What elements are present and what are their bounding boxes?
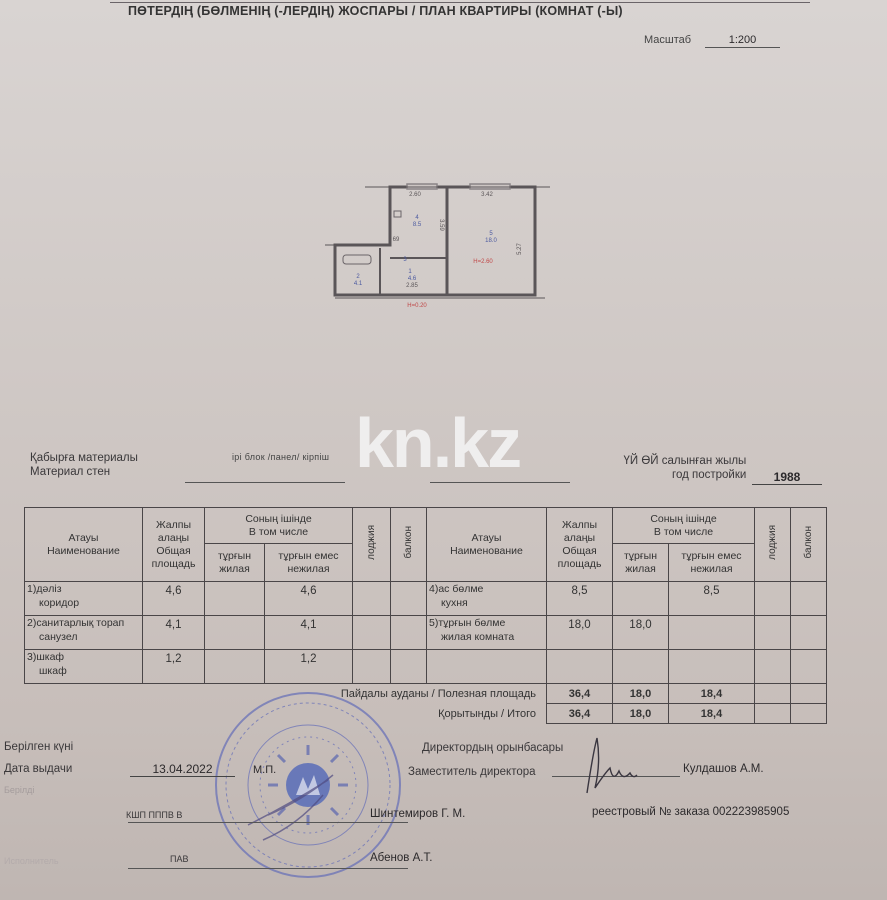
- area-living-cell: [205, 616, 265, 650]
- loggia-cell: [353, 650, 391, 684]
- grand-balcony: [791, 704, 827, 724]
- balcony-cell: [791, 582, 827, 616]
- deputy-director-label: Директордың орынбасары Заместитель дирек…: [408, 741, 563, 779]
- header-total-2: ЖалпыалаңыОбщаяплощадь: [547, 508, 613, 582]
- svg-text:8.5: 8.5: [413, 222, 422, 228]
- svg-text:4: 4: [415, 215, 419, 221]
- seal-place-mark: М.П.: [253, 764, 276, 776]
- header-balcony-2: балкон: [791, 508, 827, 582]
- area-nonliving-cell: 8,5: [669, 582, 755, 616]
- useful-nonliving: 18,4: [669, 684, 755, 704]
- room-name-cell: [427, 650, 547, 684]
- room-name-ru: жилая комната: [429, 630, 546, 644]
- room-name-kz: 4)ас бөлме: [429, 583, 483, 595]
- useful-total: 36,4: [547, 684, 613, 704]
- header-loggia: лоджия: [353, 508, 391, 582]
- header-including: Соның ішіндеВ том числе: [205, 508, 353, 544]
- area-living-cell: [613, 650, 669, 684]
- svg-text:H=0.20: H=0.20: [407, 303, 427, 309]
- room-name-ru: кухня: [429, 596, 546, 610]
- header-total: ЖалпыалаңыОбщаяплощадь: [143, 508, 205, 582]
- grand-loggia: [755, 704, 791, 724]
- room-name-cell: 4)ас бөлмекухня: [427, 582, 547, 616]
- signer2-prefix: ПАВ: [170, 854, 188, 864]
- room-name-kz: 1)дәліз: [27, 583, 62, 595]
- area-table: АтауыНаименование ЖалпыалаңыОбщаяплощадь…: [24, 507, 827, 724]
- signer1-line: [128, 822, 408, 823]
- room-name-cell: 5)тұрғын бөлмежилая комната: [427, 616, 547, 650]
- svg-text:5: 5: [489, 231, 493, 237]
- scale-label: Масштаб: [644, 34, 691, 46]
- useful-area-row: Пайдалы ауданы / Полезная площадь 36,4 1…: [25, 684, 827, 704]
- room-name-kz: 5)тұрғын бөлме: [429, 617, 505, 629]
- wall-material-underline-2: [430, 482, 570, 483]
- room-name-ru: коридор: [27, 596, 142, 610]
- room-name-ru: шкаф: [27, 664, 142, 678]
- deputy-signature: [575, 733, 645, 803]
- wall-material-underline: [185, 482, 345, 483]
- room-name-cell: 3)шкафшкаф: [25, 650, 143, 684]
- balcony-cell: [391, 582, 427, 616]
- grand-nonliving: 18,4: [669, 704, 755, 724]
- svg-text:1: 1: [408, 269, 412, 275]
- faint-label-2: Исполнитель: [4, 856, 59, 866]
- room-name-cell: 1)дәлізкоридор: [25, 582, 143, 616]
- issued-date: 13.04.2022: [130, 762, 235, 777]
- area-nonliving-cell: 1,2: [265, 650, 353, 684]
- svg-text:3.59: 3.59: [438, 219, 444, 231]
- table-header-row: АтауыНаименование ЖалпыалаңыОбщаяплощадь…: [25, 508, 827, 544]
- area-total-cell: 8,5: [547, 582, 613, 616]
- build-year-value: 1988: [752, 470, 822, 485]
- top-border-line: [110, 2, 810, 3]
- header-nonliving: тұрғын емеснежилая: [265, 544, 353, 582]
- area-living-cell: [613, 582, 669, 616]
- scale-value: 1:200: [705, 34, 780, 48]
- room-name-kz: 2)санитарлық торап: [27, 617, 124, 629]
- svg-text:H=2.60: H=2.60: [473, 259, 493, 265]
- deputy-name: Кулдашов А.М.: [683, 763, 764, 775]
- header-including-2: Соның ішіндеВ том числе: [613, 508, 755, 544]
- header-name-2: АтауыНаименование: [427, 508, 547, 582]
- balcony-cell: [791, 616, 827, 650]
- svg-text:4.6: 4.6: [408, 276, 417, 282]
- svg-text:2.85: 2.85: [406, 283, 418, 289]
- header-nonliving-2: тұрғын емеснежилая: [669, 544, 755, 582]
- useful-loggia: [755, 684, 791, 704]
- wall-material-label-ru: Материал стен: [30, 465, 138, 479]
- grand-living: 18,0: [613, 704, 669, 724]
- header-balcony: балкон: [391, 508, 427, 582]
- area-total-cell: [547, 650, 613, 684]
- build-year-label: ҮЙ ӨЙ салынған жылы год постройки: [620, 454, 746, 482]
- svg-text:2.60: 2.60: [409, 192, 421, 198]
- wall-material-value: ірі блок /панел/ кірпіш: [232, 452, 329, 462]
- area-nonliving-cell: 4,1: [265, 616, 353, 650]
- area-total-cell: 1,2: [143, 650, 205, 684]
- area-nonliving-cell: 4,6: [265, 582, 353, 616]
- floor-plan: 2.60 3.42 3.59 5.27 69 2.85 4 8.5 5 18.0…: [325, 175, 550, 315]
- useful-living: 18,0: [613, 684, 669, 704]
- svg-text:3.42: 3.42: [481, 192, 493, 198]
- area-total-cell: 4,6: [143, 582, 205, 616]
- build-year-label-ru: год постройки: [620, 468, 746, 482]
- table-row: 2)санитарлық торапсанузел4,14,15)тұрғын …: [25, 616, 827, 650]
- svg-text:2: 2: [356, 274, 360, 280]
- signer2-line: [128, 868, 408, 869]
- deputy-label-kz: Директордың орынбасары: [408, 742, 563, 754]
- balcony-cell: [391, 650, 427, 684]
- room-name-kz: 3)шкаф: [27, 651, 64, 663]
- build-year-label-kz: ҮЙ ӨЙ салынған жылы: [620, 454, 746, 468]
- header-loggia-2: лоджия: [755, 508, 791, 582]
- issued-label-ru: Дата выдачи: [4, 762, 73, 776]
- area-living-cell: [205, 650, 265, 684]
- area-nonliving-cell: [669, 616, 755, 650]
- area-total-cell: 4,1: [143, 616, 205, 650]
- room-name-cell: 2)санитарлық торапсанузел: [25, 616, 143, 650]
- issued-label: Берілген күні Дата выдачи: [4, 740, 73, 776]
- table-row: 3)шкафшкаф1,21,2: [25, 650, 827, 684]
- svg-text:69: 69: [393, 237, 400, 243]
- area-living-cell: [205, 582, 265, 616]
- loggia-cell: [353, 616, 391, 650]
- header-living-2: тұрғынжилая: [613, 544, 669, 582]
- wall-material-label: Қабырға материалы Материал стен: [30, 451, 138, 479]
- table-row: 1)дәлізкоридор4,64,64)ас бөлмекухня8,58,…: [25, 582, 827, 616]
- faint-label: Берілді: [4, 785, 34, 795]
- balcony-cell: [791, 650, 827, 684]
- loggia-cell: [755, 582, 791, 616]
- loggia-cell: [353, 582, 391, 616]
- svg-text:4.1: 4.1: [354, 281, 363, 287]
- grand-total-row: Қорытынды / Итого 36,4 18,0 18,4: [25, 704, 827, 724]
- wall-material-label-kz: Қабырға материалы: [30, 451, 138, 465]
- issued-label-kz: Берілген күні: [4, 740, 73, 754]
- room-name-ru: санузел: [27, 630, 142, 644]
- svg-text:18.0: 18.0: [485, 238, 497, 244]
- header-name: АтауыНаименование: [25, 508, 143, 582]
- document-title: ПӨТЕРДІҢ (БӨЛМЕНІҢ (-ЛЕРДІҢ) ЖОСПАРЫ / П…: [128, 4, 623, 18]
- signer1-name: Шинтемиров Г. М.: [370, 808, 465, 820]
- grand-total: 36,4: [547, 704, 613, 724]
- header-living: тұрғынжилая: [205, 544, 265, 582]
- watermark-logo: kn.kz: [355, 408, 520, 478]
- registry-number: реестровый № заказа 002223985905: [592, 806, 789, 818]
- signer1-prefix: КШП ПППВ В: [126, 810, 182, 820]
- useful-balcony: [791, 684, 827, 704]
- balcony-cell: [391, 616, 427, 650]
- area-living-cell: 18,0: [613, 616, 669, 650]
- loggia-cell: [755, 616, 791, 650]
- deputy-label-ru: Заместитель директора: [408, 765, 563, 779]
- svg-text:5.27: 5.27: [517, 243, 523, 255]
- area-nonliving-cell: [669, 650, 755, 684]
- area-total-cell: 18,0: [547, 616, 613, 650]
- loggia-cell: [755, 650, 791, 684]
- signer2-name: Абенов А.Т.: [370, 852, 432, 864]
